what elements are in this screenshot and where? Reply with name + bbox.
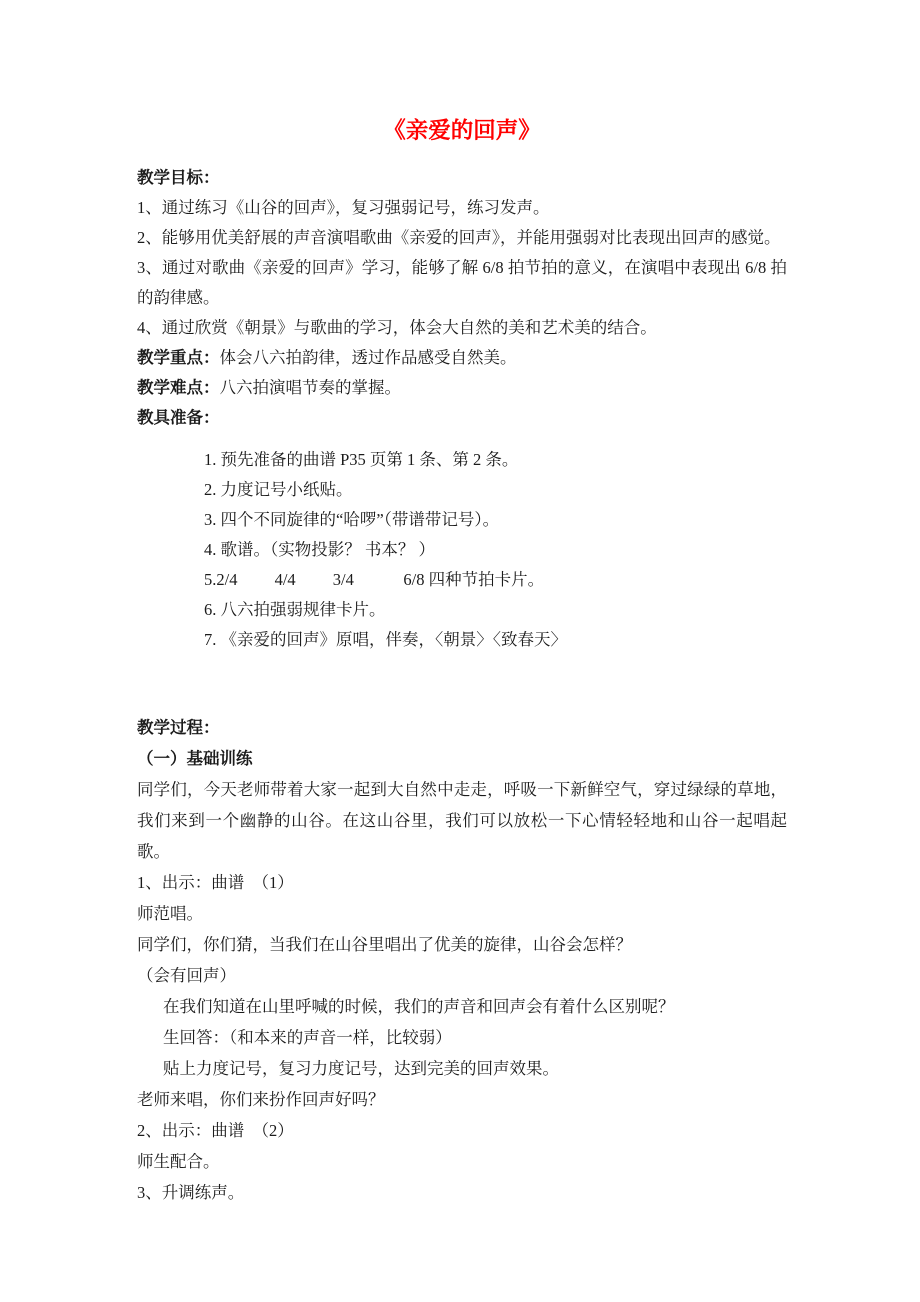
process-paragraph-demo: 师范唱。 (137, 898, 787, 929)
difficulty-line: 教学难点：八六拍演唱节奏的掌握。 (137, 373, 787, 403)
objective-item-3: 3、通过对歌曲《亲爱的回声》学习，能够了解 6/8 拍节拍的意义，在演唱中表现出… (137, 253, 787, 313)
process-paragraph-question: 同学们，你们猜，当我们在山谷里唱出了优美的旋律，山谷会怎样？ (137, 929, 787, 960)
process-paragraph-intro: 同学们，今天老师带着大家一起到大自然中走走，呼吸一下新鲜空气，穿过绿绿的草地，我… (137, 774, 787, 867)
objective-item-4: 4、通过欣赏《朝景》与歌曲的学习，体会大自然的美和艺术美的结合。 (137, 313, 787, 343)
difficulty-text: 八六拍演唱节奏的掌握。 (220, 378, 402, 397)
process-step-2: 2、出示：曲谱 （2） (137, 1115, 787, 1146)
focus-line: 教学重点：体会八六拍韵律，透过作品感受自然美。 (137, 343, 787, 373)
aids-list: 1. 预先准备的曲谱 P35 页第 1 条、第 2 条。 2. 力度记号小纸贴。… (137, 445, 787, 655)
process-paragraph-student-answer: 生回答：（和本来的声音一样，比较弱） (137, 1022, 787, 1053)
process-section: 教学过程： （一）基础训练 同学们，今天老师带着大家一起到大自然中走走，呼吸一下… (137, 712, 787, 1208)
section-gap (137, 655, 787, 712)
process-paragraph-dynamics: 贴上力度记号，复习力度记号，达到完美的回声效果。 (137, 1053, 787, 1084)
process-paragraph-teacher-sing: 老师来唱，你们来扮作回声好吗？ (137, 1084, 787, 1115)
aid-item-6: 6. 八六拍强弱规律卡片。 (204, 595, 787, 625)
process-step-1: 1、出示：曲谱 （1） (137, 867, 787, 898)
aid-item-5: 5.2/4 4/4 3/4 6/8 四种节拍卡片。 (204, 565, 787, 595)
process-paragraph-answer: （会有回声） (137, 960, 787, 991)
process-paragraph-cooperate: 师生配合。 (137, 1146, 787, 1177)
difficulty-label: 教学难点： (137, 378, 220, 397)
aid-item-4: 4. 歌谱。（实物投影？ 书本？ ） (204, 535, 787, 565)
document-page: 《亲爱的回声》 教学目标： 1、通过练习《山谷的回声》，复习强弱记号，练习发声。… (0, 0, 920, 1302)
aids-label: 教具准备： (137, 403, 787, 433)
focus-text: 体会八六拍韵律，透过作品感受自然美。 (220, 348, 517, 367)
aid-item-7: 7. 《亲爱的回声》原唱，伴奏，〈朝景〉〈致春天〉 (204, 625, 787, 655)
objective-item-2: 2、能够用优美舒展的声音演唱歌曲《亲爱的回声》，并能用强弱对比表现出回声的感觉。 (137, 223, 787, 253)
subsection-title-basic-training: （一）基础训练 (137, 743, 787, 774)
document-title: 《亲爱的回声》 (137, 114, 787, 148)
aid-item-2: 2. 力度记号小纸贴。 (204, 475, 787, 505)
focus-label: 教学重点： (137, 348, 220, 367)
process-label: 教学过程： (137, 712, 787, 743)
process-paragraph-discussion: 在我们知道在山里呼喊的时候，我们的声音和回声会有着什么区别呢？ (137, 991, 787, 1022)
aid-item-3: 3. 四个不同旋律的“哈啰”（带谱带记号）。 (204, 505, 787, 535)
process-step-3: 3、升调练声。 (137, 1177, 787, 1208)
objective-item-1: 1、通过练习《山谷的回声》，复习强弱记号，练习发声。 (137, 193, 787, 223)
aid-item-1: 1. 预先准备的曲谱 P35 页第 1 条、第 2 条。 (204, 445, 787, 475)
objectives-label: 教学目标： (137, 163, 787, 193)
